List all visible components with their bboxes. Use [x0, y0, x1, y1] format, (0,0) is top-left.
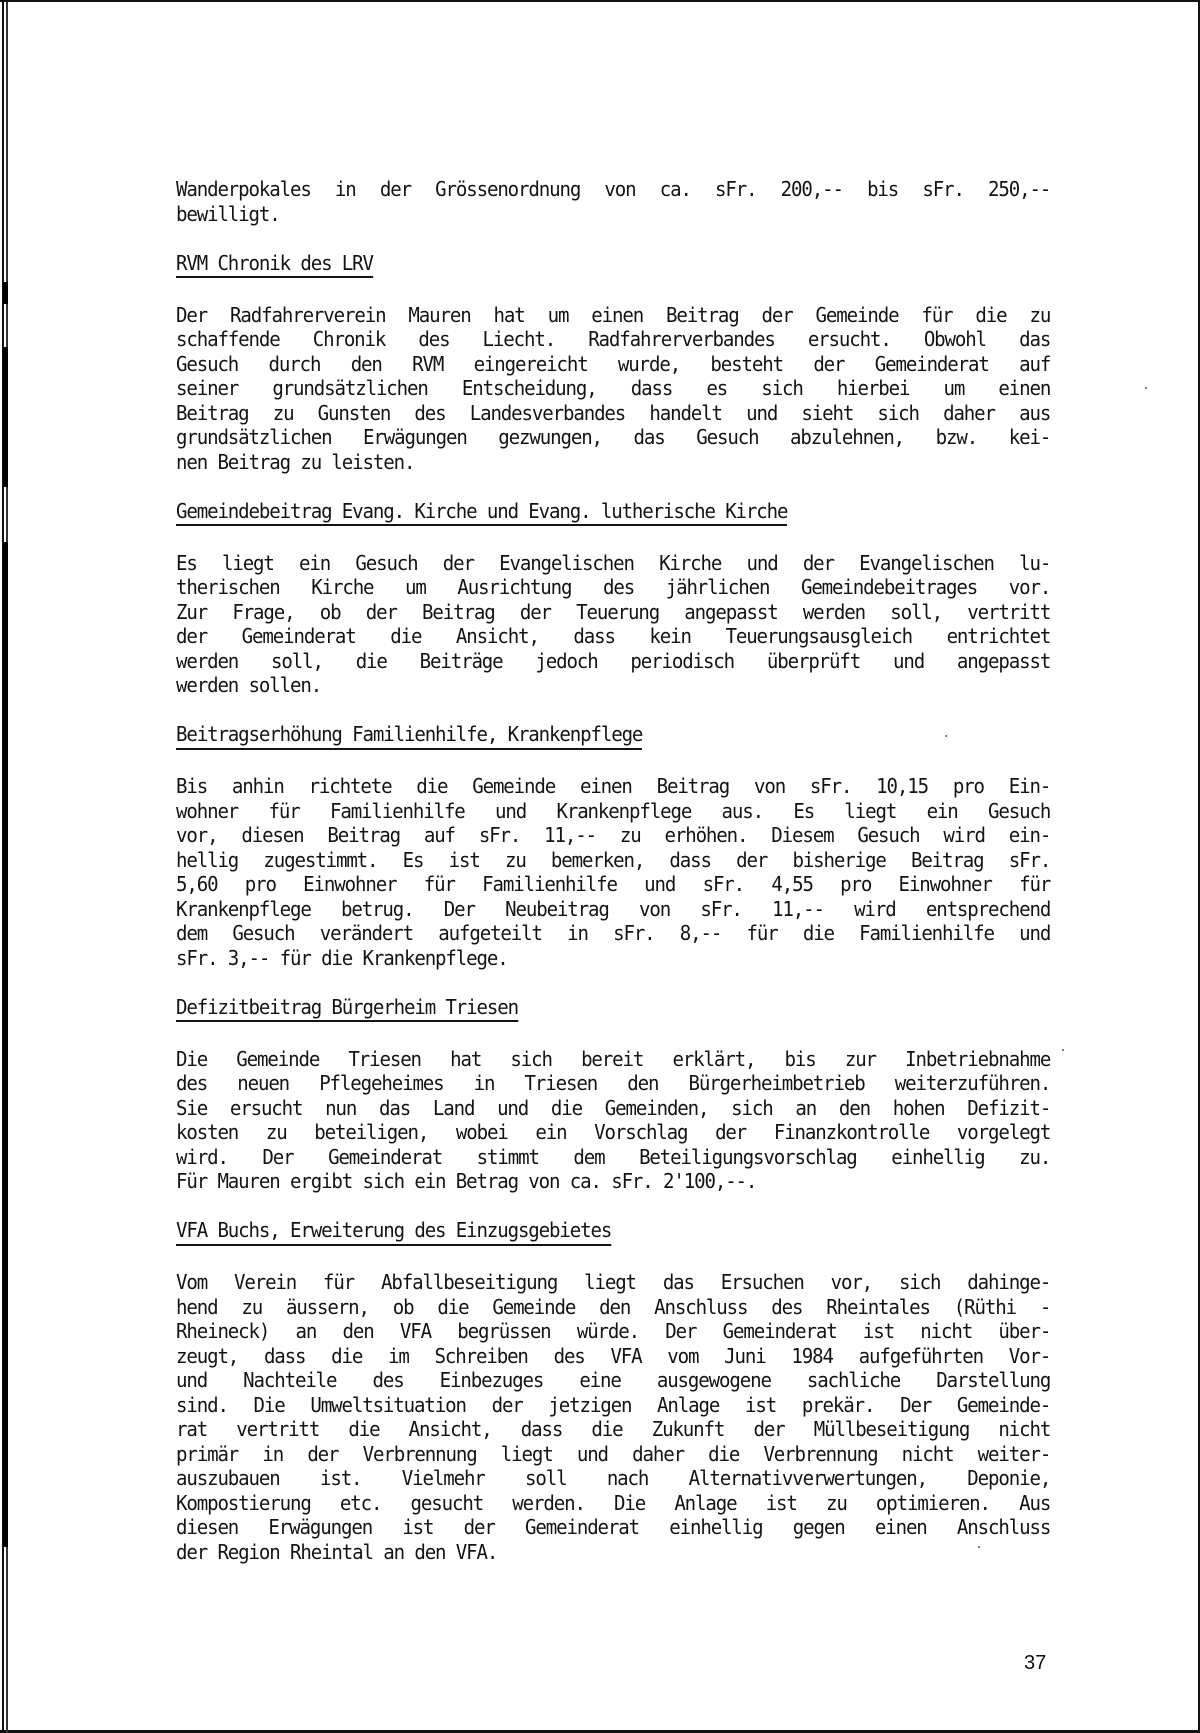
text-line: hend zu äussern, ob die Gemeinde den Ans… — [176, 1295, 1050, 1320]
document-body: Wanderpokales in der Grössenordnung von … — [176, 177, 990, 1564]
scan-speck — [1145, 387, 1147, 389]
text-line: vor, diesen Beitrag auf sFr. 11,-- zu er… — [176, 823, 1050, 848]
scan-speck — [978, 1546, 980, 1548]
section-paragraph: Es liegt ein Gesuch der Evangelischen Ki… — [176, 551, 1050, 698]
section-heading: Gemeindebeitrag Evang. Kirche und Evang.… — [176, 499, 787, 527]
section-paragraph: Vom Verein für Abfallbeseitigung liegt d… — [176, 1270, 1050, 1564]
text-line: Es liegt ein Gesuch der Evangelischen Ki… — [176, 551, 1050, 576]
section-paragraph: Die Gemeinde Triesen hat sich bereit erk… — [176, 1047, 1050, 1194]
text-line: Beitrag zu Gunsten des Landesverbandes h… — [176, 401, 1050, 426]
text-line: des neuen Pflegeheimes in Triesen den Bü… — [176, 1071, 1050, 1096]
text-line: Kompostierung etc. gesucht werden. Die A… — [176, 1491, 1050, 1516]
section-paragraph: Bis anhin richtete die Gemeinde einen Be… — [176, 774, 1050, 970]
text-line: Rheineck) an den VFA begrüssen würde. De… — [176, 1319, 1050, 1344]
text-line: diesen Erwägungen ist der Gemeinderat ei… — [176, 1515, 1050, 1540]
text-line: seiner grundsätzlichen Entscheidung, das… — [176, 376, 1050, 401]
text-line: Bis anhin richtete die Gemeinde einen Be… — [176, 774, 1050, 799]
text-line: auszubauen ist. Vielmehr soll nach Alter… — [176, 1466, 1050, 1491]
text-line: zeugt, dass die im Schreiben des VFA vom… — [176, 1344, 1050, 1369]
scan-speck — [945, 735, 947, 737]
text-line: schaffende Chronik des Liecht. Radfahrer… — [176, 327, 1050, 352]
text-line: rat vertritt die Ansicht, dass die Zukun… — [176, 1417, 1050, 1442]
text-line: wohner für Familienhilfe und Krankenpfle… — [176, 799, 1050, 824]
text-line: sind. Die Umweltsituation der jetzigen A… — [176, 1393, 1050, 1418]
text-line: Sie ersucht nun das Land und die Gemeind… — [176, 1096, 1050, 1121]
text-line: primär in der Verbrennung liegt und dahe… — [176, 1442, 1050, 1467]
text-line: wird. Der Gemeinderat stimmt dem Beteili… — [176, 1145, 1050, 1170]
section-paragraph: Wanderpokales in der Grössenordnung von … — [176, 177, 1050, 226]
text-line: Für Mauren ergibt sich ein Betrag von ca… — [176, 1169, 1050, 1194]
text-line: Die Gemeinde Triesen hat sich bereit erk… — [176, 1047, 1050, 1072]
section-heading: Defizitbeitrag Bürgerheim Triesen — [176, 995, 518, 1023]
section-heading: RVM Chronik des LRV — [176, 251, 373, 279]
section-heading: VFA Buchs, Erweiterung des Einzugsgebiet… — [176, 1218, 611, 1246]
text-line: Wanderpokales in der Grössenordnung von … — [176, 177, 1050, 202]
text-line: dem Gesuch verändert aufgeteilt in sFr. … — [176, 921, 1050, 946]
text-line: grundsätzlichen Erwägungen gezwungen, da… — [176, 425, 1050, 450]
text-line: werden soll, die Beiträge jedoch periodi… — [176, 649, 1050, 674]
text-line: Der Radfahrerverein Mauren hat um einen … — [176, 303, 1050, 328]
section-paragraph: Der Radfahrerverein Mauren hat um einen … — [176, 303, 1050, 475]
text-line: und Nachteile des Einbezuges eine ausgew… — [176, 1368, 1050, 1393]
section-heading: Beitragserhöhung Familienhilfe, Krankenp… — [176, 722, 642, 750]
text-line: sFr. 3,-- für die Krankenpflege. — [176, 946, 1050, 971]
text-line: der Gemeinderat die Ansicht, dass kein T… — [176, 624, 1050, 649]
text-line: bewilligt. — [176, 202, 1050, 227]
text-line: Gesuch durch den RVM eingereicht wurde, … — [176, 352, 1050, 377]
binding-edge — [2, 2, 10, 1733]
text-line: hellig zugestimmt. Es ist zu bemerken, d… — [176, 848, 1050, 873]
text-line: Zur Frage, ob der Beitrag der Teuerung a… — [176, 600, 1050, 625]
scan-speck — [1062, 1049, 1064, 1051]
text-line: Vom Verein für Abfallbeseitigung liegt d… — [176, 1270, 1050, 1295]
text-line: Krankenpflege betrug. Der Neubeitrag von… — [176, 897, 1050, 922]
text-line: nen Beitrag zu leisten. — [176, 450, 1050, 475]
text-line: kosten zu beteiligen, wobei ein Vorschla… — [176, 1120, 1050, 1145]
text-line: werden sollen. — [176, 673, 1050, 698]
text-line: der Region Rheintal an den VFA. — [176, 1540, 1050, 1565]
text-line: therischen Kirche um Ausrichtung des jäh… — [176, 575, 1050, 600]
scanned-page: Wanderpokales in der Grössenordnung von … — [0, 0, 1200, 1733]
text-line: 5,60 pro Einwohner für Familienhilfe und… — [176, 872, 1050, 897]
page-number: 37 — [1024, 1652, 1046, 1675]
